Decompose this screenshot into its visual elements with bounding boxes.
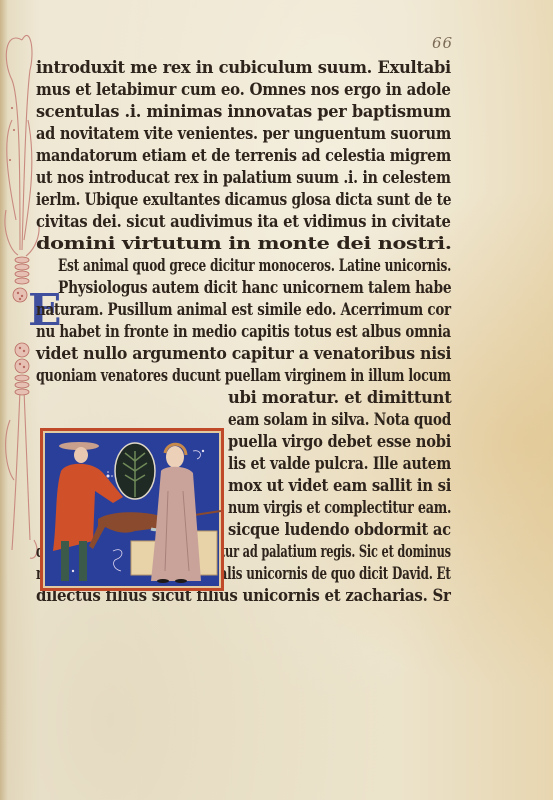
text-line: quoniam venatores ducunt puellam virgine… bbox=[36, 366, 451, 388]
text-line: ut nos introducat rex in palatium suum .… bbox=[36, 168, 451, 190]
text-line: mox ut videt eam sallit in si bbox=[228, 476, 451, 498]
text-line: naturam. Pusillum animal est simile edo.… bbox=[36, 300, 451, 322]
text-line: ubi moratur. et dimittunt bbox=[228, 388, 451, 410]
text-line: eam solam in silva. Nota quod bbox=[228, 410, 451, 432]
text-line: ierlm. Ubique exultantes dicamus glosa d… bbox=[36, 190, 451, 212]
text-line: scentulas .i. minimas innovatas per bapt… bbox=[36, 102, 451, 124]
text-line: civitas dei. sicut audivimus ita et vidi… bbox=[36, 212, 451, 234]
text-line: nu habet in fronte in medio capitis totu… bbox=[36, 322, 451, 344]
text-line: Est animal quod grece dicitur monoceros.… bbox=[58, 256, 451, 278]
text-line: num virgis et complectitur eam. bbox=[228, 498, 451, 520]
text-line: Physiologus autem dicit hanc unicornem t… bbox=[58, 278, 451, 300]
text-line: ad novitatem vite venientes. per unguent… bbox=[36, 124, 451, 146]
manuscript-page: 66 bbox=[0, 0, 553, 800]
unicorn-capture-scene bbox=[43, 431, 221, 588]
text-line: mus et letabimur cum eo. Omnes nos ergo … bbox=[36, 80, 451, 102]
text-line: domini virtutum in monte dei nostri. bbox=[36, 234, 452, 256]
text-line: lis et valde pulcra. Ille autem bbox=[228, 454, 451, 476]
text-line: videt nullo argumento capitur a venatori… bbox=[36, 344, 451, 366]
folio-number: 66 bbox=[432, 34, 453, 52]
miniature-illustration bbox=[40, 428, 224, 591]
text-line: puella virgo debet esse nobi bbox=[228, 432, 451, 454]
text-line: introduxit me rex in cubiculum suum. Exu… bbox=[36, 58, 451, 80]
text-line: mandatorum etiam et de terrenis ad celes… bbox=[36, 146, 451, 168]
text-line: sicque ludendo obdormit ac bbox=[228, 520, 451, 542]
